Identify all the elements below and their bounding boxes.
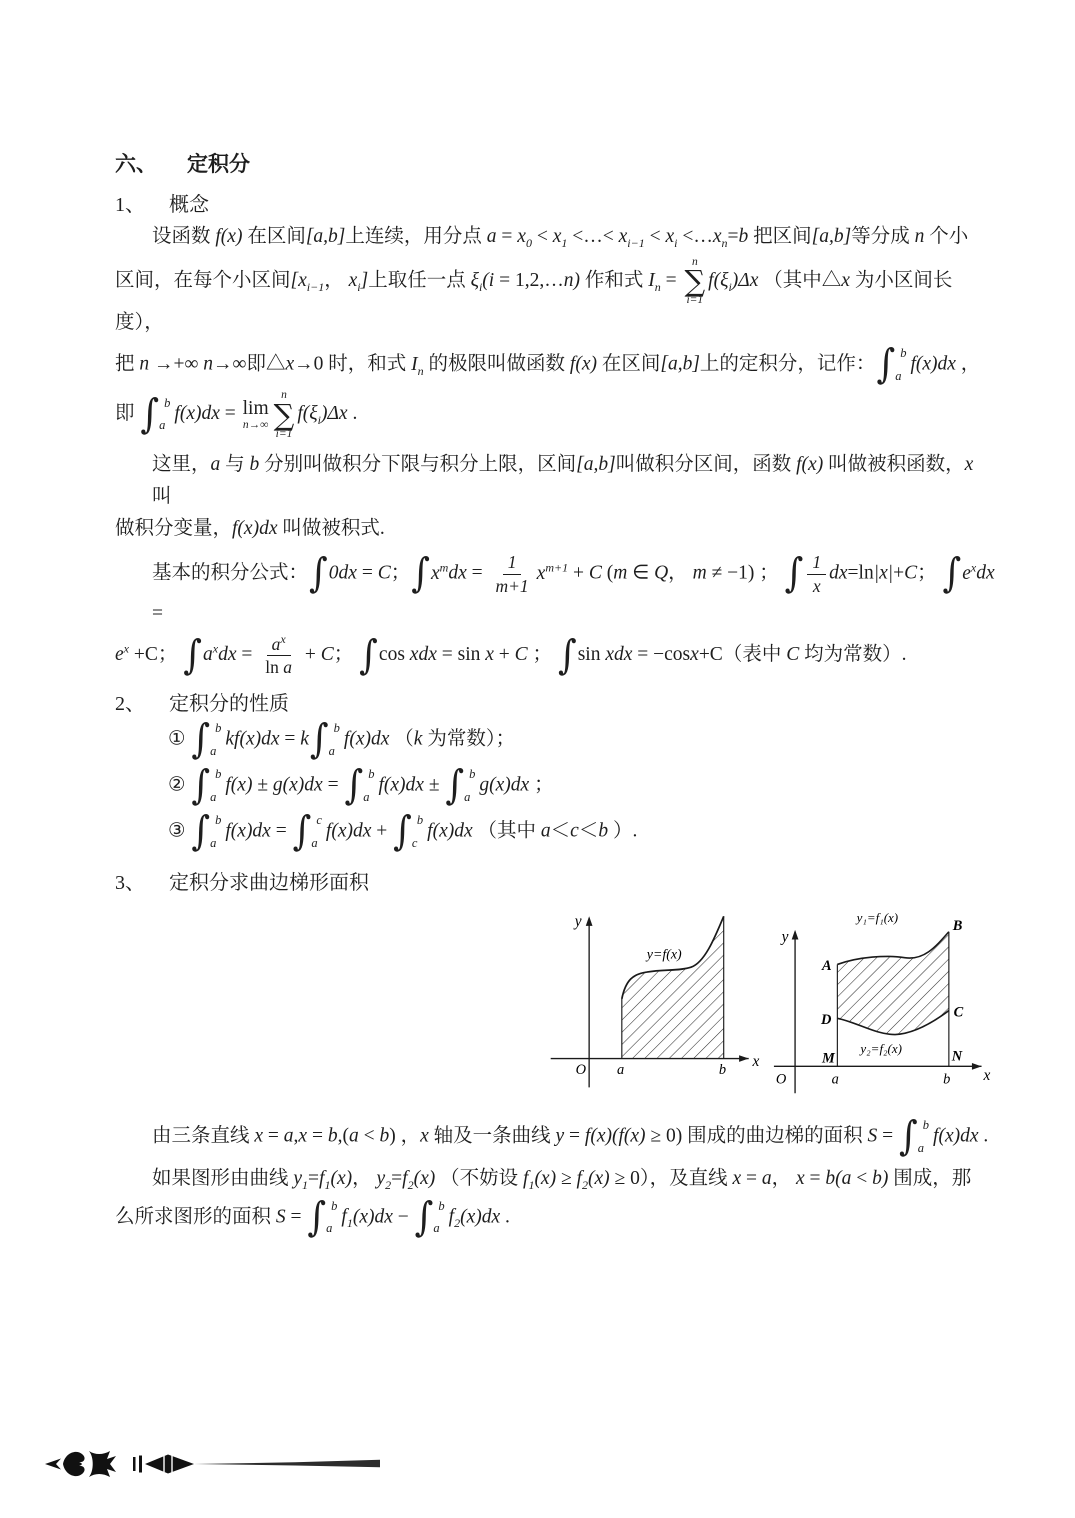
math-run: = <box>263 1126 284 1147</box>
math-run: = <box>467 563 488 584</box>
integral-sign: ∫bc <box>393 810 426 854</box>
math-script: x0 <box>517 226 532 247</box>
math-script: ex <box>115 644 129 665</box>
math-run: = <box>805 1168 826 1189</box>
text-run: 设函数 <box>152 226 215 247</box>
curve-f-label: y=f(x) <box>645 948 682 963</box>
integral-glyph: ∫ <box>876 344 895 386</box>
math-script: f1 <box>523 1168 534 1189</box>
math-script: ax <box>203 644 218 665</box>
math-run: = <box>323 775 344 796</box>
integral-glyph: ∫ <box>785 553 804 595</box>
limit-subscript: n→∞ <box>243 419 268 431</box>
text-run: ）. <box>608 821 637 842</box>
math-run: f(x)dx <box>174 403 219 424</box>
math-run: (x)dx <box>460 1206 500 1227</box>
fraction: 1x <box>807 551 826 598</box>
math-script: xi−1 <box>298 270 324 291</box>
math-run: x <box>732 1168 741 1189</box>
integral-upper-limit: b <box>329 718 340 739</box>
y-axis-arrow <box>792 930 799 940</box>
integral-sign: ∫ <box>183 637 202 675</box>
property-1: ① ∫bakf(x)dx = k∫baf(x)dx （k 为常数）； <box>115 718 995 762</box>
integral-upper-limit: b <box>210 810 221 831</box>
math-run: x <box>965 454 974 475</box>
math-run: =ln <box>848 563 874 584</box>
math-run: →∞ <box>213 354 246 375</box>
text-run: 叫 <box>152 486 172 507</box>
x-axis-arrow <box>739 1055 749 1062</box>
integral-lower-limit: a <box>329 741 340 763</box>
math-run: x <box>796 1168 805 1189</box>
text-run: （不妨设 <box>435 1168 523 1189</box>
math-run: ； <box>334 644 358 665</box>
integral-lower-limit: a <box>363 787 374 809</box>
math-run: S <box>868 1126 878 1147</box>
math-run: m <box>693 563 707 584</box>
math-run: x <box>841 270 850 291</box>
math-run: |x| <box>874 563 893 584</box>
divider-diamond <box>145 1455 194 1474</box>
math-run: + <box>568 563 589 584</box>
math-run: g(x)dx <box>479 775 529 796</box>
text-run: ， <box>396 1126 420 1147</box>
integral-lower-limit: a <box>210 833 221 855</box>
math-run: x <box>254 1126 263 1147</box>
math-run: f( <box>708 270 720 291</box>
text-run: 在区间 <box>597 354 660 375</box>
math-run: (i <box>482 270 494 291</box>
hatched-area-under-curve <box>622 916 724 1058</box>
summation-glyph: ∑ <box>684 268 705 294</box>
math-run: = <box>271 821 292 842</box>
math-run: < <box>645 226 666 247</box>
math-run: +C； <box>129 644 182 665</box>
line-area-two-curves-2: 么所求图形的面积 S = ∫baf1(x)dx − ∫baf2(x)dx . <box>115 1196 995 1240</box>
math-run: = <box>727 226 738 247</box>
b-tick-label: b <box>943 1072 950 1088</box>
text-run: 为常数）； <box>422 729 515 750</box>
text-run: 与 <box>220 454 249 475</box>
math-run: + <box>494 644 515 665</box>
math-run: < <box>359 1126 380 1147</box>
integral-glyph: ∫ <box>344 765 363 807</box>
y-axis-label: y <box>573 913 582 930</box>
fraction: axln a <box>260 632 297 679</box>
text-run: 即 <box>115 403 139 424</box>
math-run: n <box>915 226 925 247</box>
math-run: m <box>613 563 627 584</box>
math-run: = <box>877 1126 898 1147</box>
curve-f2-label: y₂=f₂(x) <box>858 1041 902 1056</box>
line-area-two-curves-1: 如果图形由曲线 y1=f1(x)， y2=f2(x) （不妨设 f1(x) ≥ … <box>115 1163 995 1196</box>
math-run: a <box>211 454 221 475</box>
math-run: C <box>378 563 391 584</box>
math-run: sin <box>578 644 606 665</box>
b-tick-label: b <box>719 1062 726 1078</box>
line-basic-formulas-1: 基本的积分公式：∫0dx = C；∫xmdx = 1m+1xm+1 + C (m… <box>115 551 995 630</box>
property-3: ③ ∫baf(x)dx = ∫caf(x)dx + ∫bcf(x)dx （其中 … <box>115 810 995 854</box>
math-run: = <box>661 270 682 291</box>
integral-upper-limit: b <box>412 810 423 831</box>
math-run: f(x) <box>215 226 242 247</box>
integral-sign: ∫ba <box>191 764 224 808</box>
integral-glyph: ∫ <box>191 765 210 807</box>
integral-glyph: ∫ <box>293 811 312 853</box>
math-run: a <box>284 1126 294 1147</box>
divider-bar-2 <box>139 1456 142 1473</box>
divider-fleuron <box>89 1451 116 1477</box>
math-run: →0 <box>294 354 323 375</box>
x-axis-label: x <box>982 1067 990 1084</box>
integral-sign: ∫ <box>943 555 962 593</box>
math-script: xi <box>665 226 677 247</box>
integral-limits: ba <box>210 718 221 762</box>
math-run: ② <box>168 775 190 796</box>
integral-glyph: ∫ <box>183 634 202 676</box>
math-run: f(x) <box>796 454 823 475</box>
integral-glyph: ∫ <box>558 634 577 676</box>
integral-sign: ∫ba <box>876 343 909 387</box>
math-run: = <box>307 1126 328 1147</box>
section-2-header: 2、 定积分的性质 <box>115 687 995 716</box>
section-2-number: 2、 <box>115 687 169 716</box>
a-tick-label: a <box>617 1062 624 1078</box>
line-concept-1: 设函数 f(x) 在区间[a,b]上连续，用分点 a = x0 < x1 <…<… <box>115 221 995 254</box>
figure-region-between-curves: y x O a b A B C D M N y₁=f₁(x) y₂=f₂(x) <box>772 899 995 1101</box>
math-run: + <box>300 644 321 665</box>
math-run: f(x)dx <box>378 775 423 796</box>
text-run: 叫做积分区间，函数 <box>616 454 796 475</box>
script-base: x <box>349 270 358 291</box>
integral-lower-limit: a <box>210 741 221 763</box>
integral-limits: ba <box>895 343 906 387</box>
chapter-title: 定积分 <box>187 148 250 178</box>
math-run: f(x) <box>225 775 252 796</box>
math-run: C <box>321 644 334 665</box>
math-run: f(x)(f(x) <box>585 1126 646 1147</box>
script-base: x <box>665 226 674 247</box>
math-run: a <box>283 657 292 677</box>
script-base: y <box>293 1168 302 1189</box>
script-index: m+1 <box>545 560 568 574</box>
math-run: k <box>300 729 309 750</box>
math-run: f(x) <box>570 354 597 375</box>
fraction-numerator: 1 <box>503 551 522 575</box>
math-run: dx <box>829 563 847 584</box>
section-1-header: 1、 概念 <box>115 188 995 217</box>
script-index: m <box>440 560 449 574</box>
math-run: f(x)dx <box>326 821 371 842</box>
hatched-area-between-curves <box>837 932 949 1035</box>
x-axis-arrow <box>972 1063 982 1070</box>
section-3-header: 3、 定积分求曲边梯形面积 <box>115 866 995 895</box>
math-run: < <box>532 226 553 247</box>
math-run: b <box>328 1126 338 1147</box>
math-run: +C <box>699 644 723 665</box>
math-script: In <box>411 354 424 375</box>
text-run: 作和式 <box>580 270 648 291</box>
integral-lower-limit: a <box>895 366 906 388</box>
script-base: x <box>619 226 628 247</box>
integral-limits: ca <box>311 810 322 854</box>
line-concept-3: 把 n →+∞ n→∞即△x→0 时，和式 In 的极限叫做函数 f(x) 在区… <box>115 343 995 387</box>
integral-sign: ∫ca <box>293 810 325 854</box>
math-run: = <box>497 226 518 247</box>
math-run: f( <box>297 403 309 424</box>
integral-limits: bc <box>412 810 423 854</box>
math-run: <…< <box>567 226 618 247</box>
math-run: = <box>280 729 301 750</box>
math-run: f(x)dx <box>232 518 277 539</box>
math-run: )Δx <box>321 403 348 424</box>
integral-lower-limit: a <box>159 415 170 437</box>
section-1-title: 概念 <box>169 188 209 217</box>
integral-sign: ∫ba <box>191 810 224 854</box>
point-B-label: B <box>952 918 963 934</box>
text-run: 基本的积分公式： <box>152 563 308 584</box>
math-run: x <box>285 354 294 375</box>
line-terms-1: 这里，a 与 b 分别叫做积分下限与积分上限，区间[a,b]叫做积分区间，函数 … <box>115 449 995 513</box>
script-base: y <box>377 1168 386 1189</box>
math-script: f2 <box>402 1168 413 1189</box>
script-base: ξ <box>471 270 479 291</box>
math-run: (x)dx <box>353 1206 393 1227</box>
page-content: 六、 定积分 1、 概念 设函数 f(x) 在区间[a,b]上连续，用分点 a … <box>115 148 995 1240</box>
math-run: [a,b] <box>306 226 346 247</box>
integral-lower-limit: c <box>412 833 423 855</box>
math-run: x <box>420 1126 429 1147</box>
math-run: )Δx <box>732 270 759 291</box>
text-run: 的极限叫做函数 <box>424 354 570 375</box>
math-run: a <box>541 821 551 842</box>
curve-f1-label: y₁=f₁(x) <box>855 910 899 925</box>
math-script: y1 <box>293 1168 308 1189</box>
math-run: dx <box>448 563 466 584</box>
math-run: ≠ −1) ； <box>707 563 784 584</box>
text-run: 在区间 <box>242 226 305 247</box>
text-run: 做积分变量， <box>115 518 232 539</box>
math-run: f(x)dx <box>933 1126 978 1147</box>
point-N-label: N <box>951 1049 963 1065</box>
integral-sign: ∫ <box>411 555 430 593</box>
integral-glyph: ∫ <box>415 1197 434 1239</box>
math-run: [a,b] <box>576 454 616 475</box>
chapter-heading: 六、 定积分 <box>115 148 995 178</box>
text-run: 个小 <box>924 226 968 247</box>
math-run: xdx <box>605 644 632 665</box>
integral-glyph: ∫ <box>899 1116 918 1158</box>
integral-sign: ∫ <box>558 637 577 675</box>
math-run: ≥ 0) <box>646 1126 683 1147</box>
text-run: ， <box>352 1168 376 1189</box>
math-script: ξi <box>720 270 732 291</box>
math-run: f(x)dx <box>225 821 270 842</box>
math-run: ± <box>252 775 272 796</box>
integral-limits: ba <box>464 764 475 808</box>
math-run: g(x)dx <box>273 775 323 796</box>
integral-glyph: ∫ <box>411 553 430 595</box>
line-concept-4: 即 ∫baf(x)dx = limn→∞n∑i=1f(ξi)Δx . <box>115 389 995 440</box>
text-run: 区间，在每个小区间 <box>115 270 291 291</box>
math-run: xdx <box>410 644 437 665</box>
math-run: ln <box>265 657 283 677</box>
math-run: C <box>786 644 799 665</box>
math-run: = <box>237 644 258 665</box>
summation-glyph: ∑ <box>274 402 295 428</box>
math-script: xn <box>713 226 728 247</box>
math-run: ； <box>391 563 411 584</box>
math-run: = −cos <box>632 644 690 665</box>
text-run: 么所求图形的面积 <box>115 1206 276 1227</box>
line-terms-2: 做积分变量，f(x)dx 叫做被积式. <box>115 513 995 545</box>
script-index: i−1 <box>627 236 644 250</box>
integral-sign: ∫ba <box>310 718 343 762</box>
text-run: （表中 <box>723 644 786 665</box>
math-run: (x) <box>414 1168 436 1189</box>
integral-upper-limit: c <box>311 810 322 831</box>
script-base: e <box>962 563 971 584</box>
integral-glyph: ∫ <box>191 719 210 761</box>
integral-glyph: ∫ <box>191 811 210 853</box>
text-run: ＜ <box>551 821 571 842</box>
integral-sign: ∫ba <box>140 393 173 437</box>
math-run: cos <box>379 644 410 665</box>
integral-limits: ba <box>329 718 340 762</box>
math-run: ≥ <box>556 1168 576 1189</box>
math-run: . <box>348 403 358 424</box>
point-D-label: D <box>820 1012 832 1028</box>
integral-lower-limit: a <box>210 787 221 809</box>
text-run: （其中 <box>473 821 541 842</box>
divider-bar-1 <box>133 1457 136 1471</box>
math-run: ± <box>424 775 444 796</box>
math-run: C <box>515 644 528 665</box>
decorative-divider <box>45 1442 385 1486</box>
math-run: b) <box>872 1168 888 1189</box>
section-3-title: 定积分求曲边梯形面积 <box>169 866 369 895</box>
figures-row: y x O a b y=f(x) y x O a <box>543 899 995 1101</box>
math-script: xi <box>349 270 361 291</box>
math-run: + <box>371 821 392 842</box>
math-script: In <box>648 270 661 291</box>
section-1-number: 1、 <box>115 188 169 217</box>
math-script: ex <box>962 563 976 584</box>
text-run: 上取任一点 <box>368 270 470 291</box>
property-2: ② ∫baf(x) ± g(x)dx = ∫baf(x)dx ± ∫bag(x)… <box>115 764 995 808</box>
math-run: n <box>203 354 213 375</box>
text-run: 上连续，用分点 <box>345 226 486 247</box>
math-run: f(x)dx <box>344 729 389 750</box>
math-run: ， <box>668 563 692 584</box>
integral-lower-limit: a <box>464 787 475 809</box>
integral-lower-limit: a <box>433 1218 444 1240</box>
script-base: ξ <box>309 403 317 424</box>
text-run: 等分成 <box>851 226 914 247</box>
math-run: dx <box>976 563 994 584</box>
y-axis-label: y <box>780 928 789 945</box>
math-run: S <box>276 1206 286 1227</box>
integral-upper-limit: b <box>464 764 475 785</box>
math-run: a <box>762 1168 772 1189</box>
math-run: b(a <box>825 1168 851 1189</box>
integral-upper-limit: b <box>326 1196 337 1217</box>
divider-taper-line <box>194 1460 380 1467</box>
integral-glyph: ∫ <box>393 811 412 853</box>
math-run: = <box>152 603 163 624</box>
math-script: ax <box>272 634 286 654</box>
integral-upper-limit: b <box>363 764 374 785</box>
integral-upper-limit: b <box>159 393 170 414</box>
x-axis-label: x <box>752 1053 760 1070</box>
integral-limits: ba <box>918 1115 929 1159</box>
integral-sign: ∫ <box>785 555 804 593</box>
y-axis-arrow <box>586 916 593 926</box>
fraction-denominator: m+1 <box>490 575 533 598</box>
integral-glyph: ∫ <box>310 719 329 761</box>
math-run: n <box>139 354 149 375</box>
integral-sign: ∫ba <box>899 1115 932 1159</box>
integral-sign: ∫ <box>359 637 378 675</box>
point-C-label: C <box>954 1004 964 1020</box>
fraction-denominator: ln a <box>260 656 297 679</box>
math-run: = <box>220 403 241 424</box>
integral-sign: ∫ba <box>344 764 377 808</box>
integral-lower-limit: a <box>311 833 322 855</box>
text-run: 如果图形由曲线 <box>152 1168 293 1189</box>
limit-operator: limn→∞ <box>243 399 269 432</box>
integral-upper-limit: b <box>895 343 906 364</box>
math-run: = <box>741 1168 762 1189</box>
text-run: （ <box>389 729 413 750</box>
text-run: 把 <box>115 354 139 375</box>
origin-label: O <box>776 1072 787 1088</box>
section-3-number: 3、 <box>115 866 169 895</box>
point-A-label: A <box>821 958 832 974</box>
section-2-title: 定积分的性质 <box>169 687 289 716</box>
math-run: − <box>393 1206 414 1227</box>
math-run: n) <box>564 270 580 291</box>
math-run: (x) <box>534 1168 556 1189</box>
integral-sign: ∫ba <box>191 718 224 762</box>
summation-sign: n∑i=1 <box>274 389 295 440</box>
fraction: 1m+1 <box>490 551 533 598</box>
line-concept-2: 区间，在每个小区间[xi−1， xi]上取任一点 ξi(i = 1,2,…n) … <box>115 256 995 340</box>
math-script: f1 <box>319 1168 330 1189</box>
integral-sign: ∫ba <box>415 1196 448 1240</box>
integral-glyph: ∫ <box>943 553 962 595</box>
script-index: x <box>280 632 285 646</box>
math-run: [a,b] <box>812 226 852 247</box>
math-run: ① <box>168 729 190 750</box>
figure-curved-trapezoid-single: y x O a b y=f(x) <box>543 899 766 1097</box>
math-run: f(x)dx <box>910 354 955 375</box>
integral-lower-limit: a <box>918 1138 929 1160</box>
math-run: →+∞ <box>149 354 203 375</box>
fraction-numerator: 1 <box>807 551 826 575</box>
math-run: ； <box>528 644 557 665</box>
math-run: ； <box>917 563 941 584</box>
text-run: 轴及一条曲线 <box>429 1126 556 1147</box>
math-run: ， <box>324 270 348 291</box>
math-run: C <box>589 563 602 584</box>
integral-sign: ∫ <box>309 555 328 593</box>
math-run: = <box>308 1168 319 1189</box>
math-script: xm <box>431 563 448 584</box>
chapter-number: 六、 <box>115 148 187 178</box>
math-run: a <box>349 1126 359 1147</box>
text-run: 时，和式 <box>323 354 411 375</box>
